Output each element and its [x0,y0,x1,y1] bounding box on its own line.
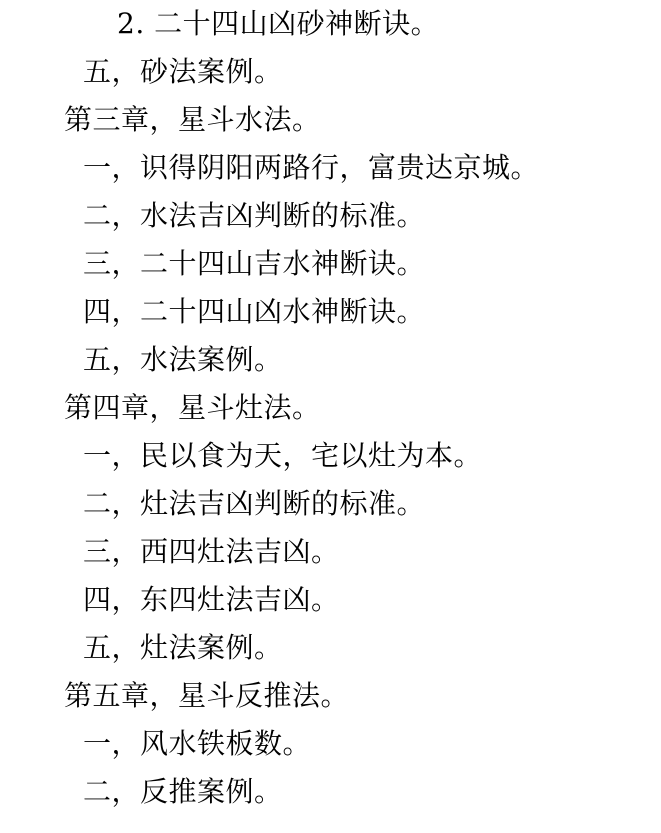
toc-line: 第四章，星斗灶法。 [0,384,661,432]
document-page: 2. 二十四山凶砂神断诀。五，砂法案例。第三章，星斗水法。一，识得阴阳两路行，富… [0,0,661,833]
toc-line: 二，反推案例。 [0,768,661,816]
toc-line: 四，东四灶法吉凶。 [0,576,661,624]
toc-line: 一，风水铁板数。 [0,720,661,768]
toc-line: 一，民以食为天，宅以灶为本。 [0,432,661,480]
toc-line: 五，水法案例。 [0,336,661,384]
toc-line: 三，二十四山吉水神断诀。 [0,240,661,288]
toc-line: 五，砂法案例。 [0,48,661,96]
toc-line: 二，灶法吉凶判断的标准。 [0,480,661,528]
toc-line: 三，西四灶法吉凶。 [0,528,661,576]
toc-lines: 2. 二十四山凶砂神断诀。五，砂法案例。第三章，星斗水法。一，识得阴阳两路行，富… [0,0,661,816]
toc-line: 二，水法吉凶判断的标准。 [0,192,661,240]
toc-line: 四，二十四山凶水神断诀。 [0,288,661,336]
toc-line: 一，识得阴阳两路行，富贵达京城。 [0,144,661,192]
toc-line: 第五章，星斗反推法。 [0,672,661,720]
toc-line: 第三章，星斗水法。 [0,96,661,144]
toc-line: 五，灶法案例。 [0,624,661,672]
toc-line: 2. 二十四山凶砂神断诀。 [0,0,661,48]
